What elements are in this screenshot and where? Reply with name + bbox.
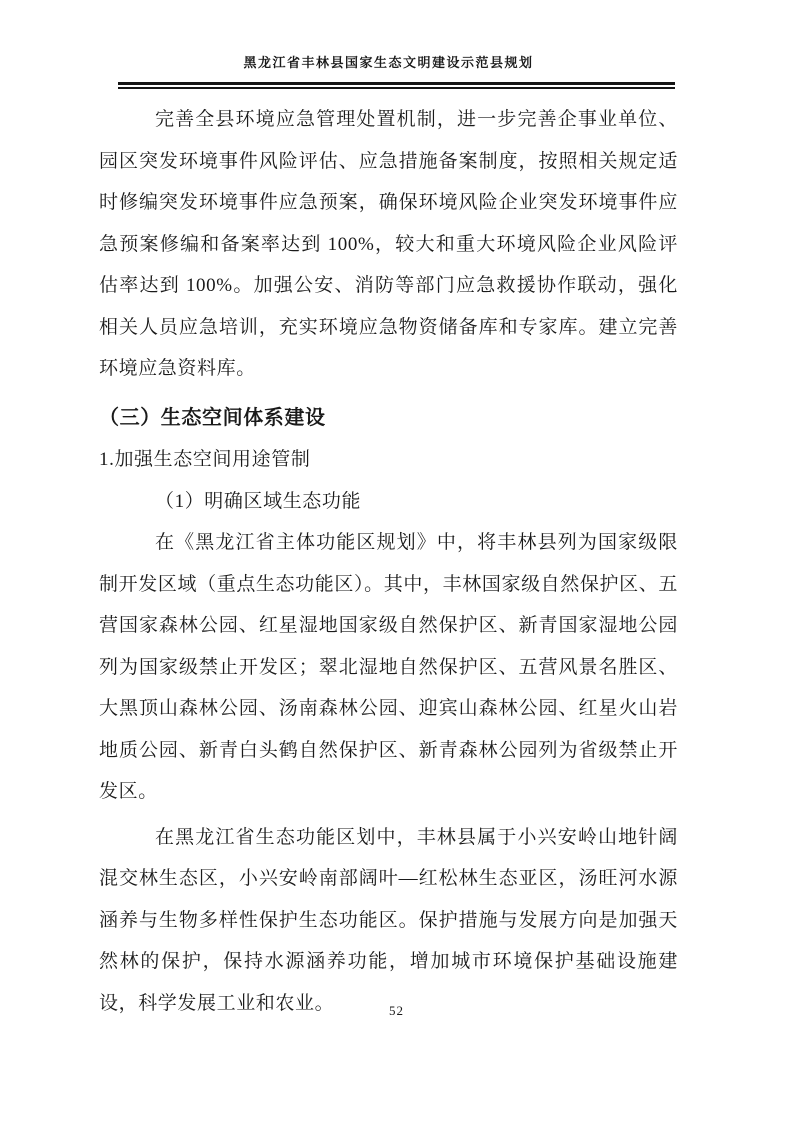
sub-heading-strengthen-use-control: 1.加强生态空间用途管制 [99, 439, 678, 481]
header-double-rule [118, 82, 675, 89]
paragraph-emergency-management: 完善全县环境应急管理处置机制，进一步完善企事业单位、园区突发环境事件风险评估、应… [99, 99, 678, 390]
document-page: 黑龙江省丰林县国家生态文明建设示范县规划 完善全县环境应急管理处置机制，进一步完… [0, 0, 793, 1122]
document-body: 完善全县环境应急管理处置机制，进一步完善企事业单位、园区突发环境事件风险评估、应… [99, 99, 678, 1024]
section-heading-ecological-space-system: （三）生态空间体系建设 [99, 398, 678, 440]
item-heading-clarify-regional-functions: （1）明确区域生态功能 [99, 481, 678, 523]
header-rule-bottom-line [118, 87, 675, 89]
header-rule-top-line [118, 82, 675, 85]
page-header-title: 黑龙江省丰林县国家生态文明建设示范县规划 [99, 52, 678, 71]
page-number: 52 [0, 1003, 793, 1019]
paragraph-ecological-function-zoning: 在黑龙江省生态功能区划中，丰林县属于小兴安岭山地针阔混交林生态区，小兴安岭南部阔… [99, 817, 678, 1025]
paragraph-main-function-zone-plan: 在《黑龙江省主体功能区规划》中，将丰林县列为国家级限制开发区域（重点生态功能区）… [99, 522, 678, 813]
